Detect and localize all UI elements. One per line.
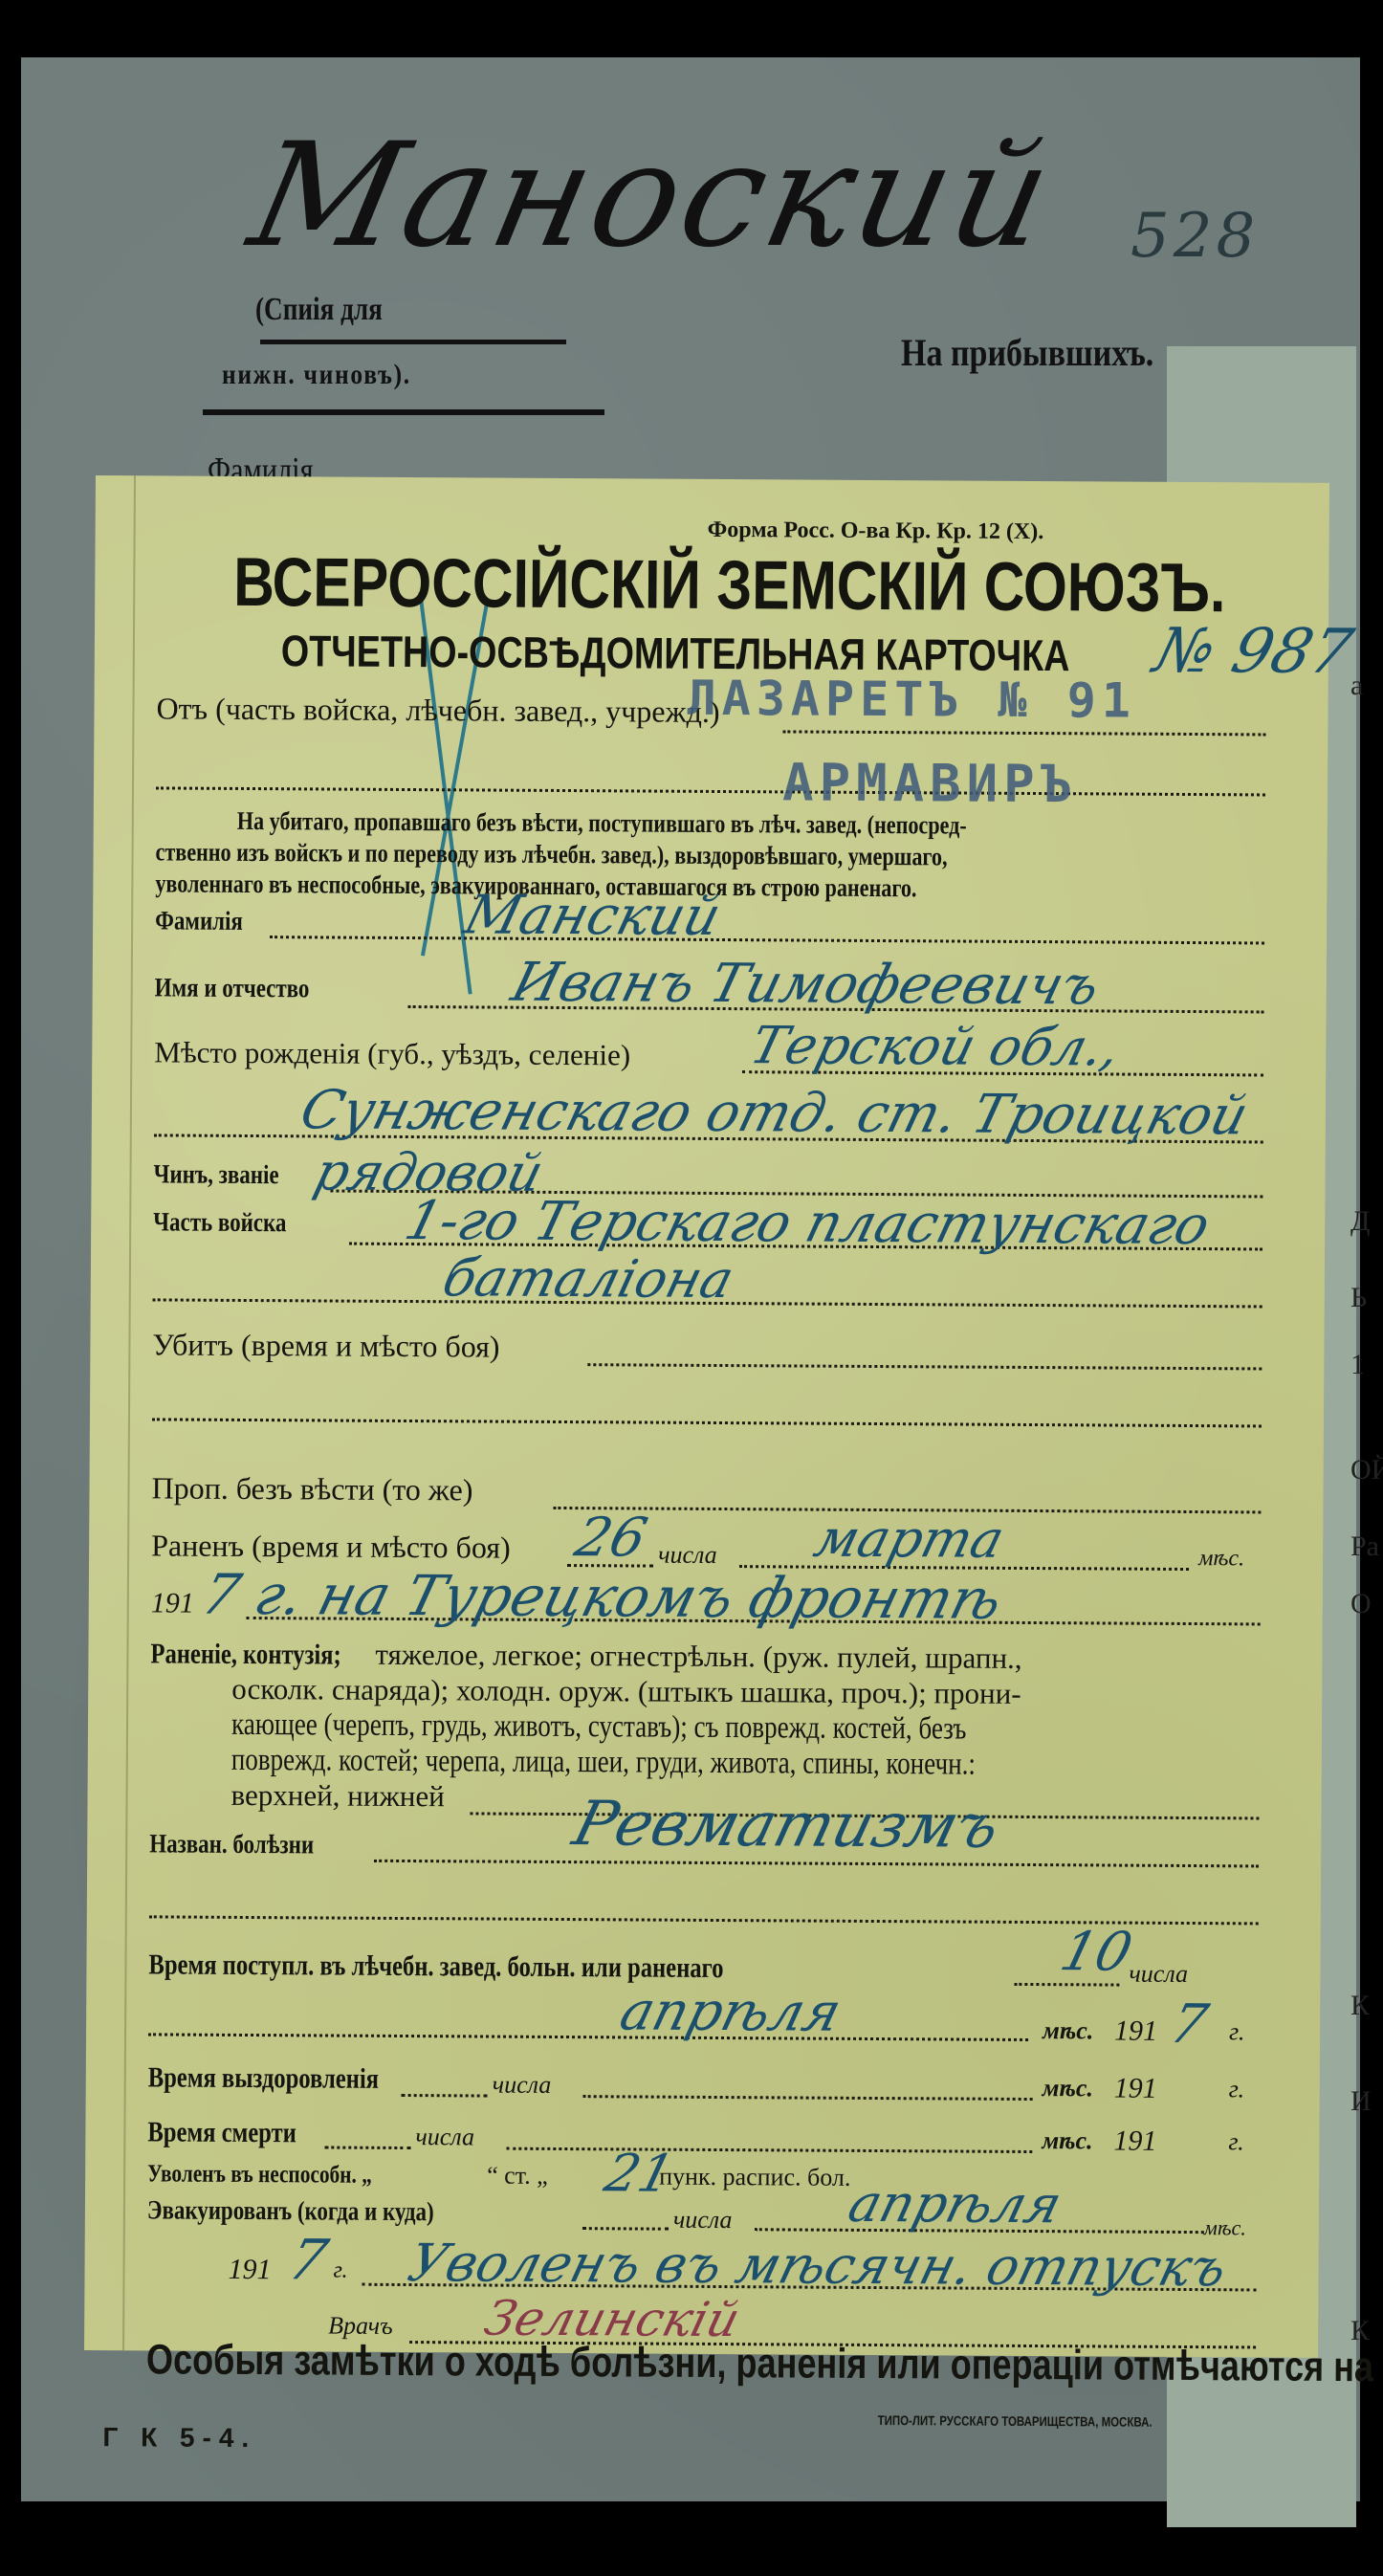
wound-type-text: верхней, нижней xyxy=(230,1778,444,1814)
recovery-year-suffix: г. xyxy=(1229,2075,1244,2103)
recovery-year-prefix: 191 xyxy=(1114,2073,1157,2105)
rank-label: Чинъ, званіе xyxy=(153,1159,278,1191)
footer-note: Особыя замѣтки о ходѣ болѣзни, раненія и… xyxy=(146,2336,1383,2392)
admission-label: Время поступл. въ лѣчебн. завед. больн. … xyxy=(148,1949,723,1985)
list-label-line1: (Спиія для xyxy=(255,292,383,328)
surname-value[interactable]: Манский xyxy=(458,884,727,948)
recovery-day-label: числа xyxy=(493,2071,552,2100)
birthplace-label: Мѣсто рожденія (губ., уѣздъ, селеніе) xyxy=(154,1035,630,1072)
wounded-month-label: мѣс. xyxy=(1198,1546,1244,1572)
wounded-day[interactable]: 26 xyxy=(569,1507,653,1569)
hospital-stamp-line2: АРМАВИРЪ xyxy=(782,752,1077,814)
edge-letter: К xyxy=(1350,2315,1370,2347)
card-number: № 987 xyxy=(1147,616,1359,688)
disease-value[interactable]: Ревматизмъ xyxy=(566,1789,1007,1862)
admission-day-label: числа xyxy=(1129,1960,1188,1989)
wounded-year-prefix: 191 xyxy=(151,1587,194,1619)
death-year-suffix: г. xyxy=(1228,2127,1243,2156)
doctor-label: Врачъ xyxy=(328,2312,393,2341)
arrivals-label: На прибывшихъ. xyxy=(901,330,1153,375)
form-code: Форма Росс. О-ва Кр. Кр. 12 (X). xyxy=(708,517,1044,545)
printer-imprint: ТИПО-ЛИТ. РУССКАГО ТОВАРИЩЕСТВА, МОСКВА. xyxy=(878,2412,1152,2430)
name-value[interactable]: Иванъ Тимофеевичъ xyxy=(505,952,1106,1018)
edge-letter: Ра xyxy=(1350,1530,1379,1563)
discharged-point-label: пунк. распис. бол. xyxy=(659,2163,850,2192)
from-label: Отъ (часть войска, лѣчебн. завед., учреж… xyxy=(156,691,719,730)
evacuated-year[interactable]: 7 xyxy=(282,2227,334,2292)
evacuated-label: Эвакуированъ (когда и куда) xyxy=(147,2195,434,2228)
death-year-prefix: 191 xyxy=(1113,2125,1156,2158)
unit-value-line1[interactable]: 1-го Терскаго пластунскаго xyxy=(399,1190,1216,1257)
admission-day[interactable]: 10 xyxy=(1054,1921,1138,1983)
edge-letter: а xyxy=(1350,670,1363,702)
instructions-line: ственно изъ войскъ и по переводу изъ лѣч… xyxy=(156,837,948,871)
unit-label: Часть войска xyxy=(153,1207,286,1239)
killed-label: Убитъ (время и мѣсто боя) xyxy=(152,1327,499,1364)
death-day-line xyxy=(324,2146,410,2149)
wound-type-text: тяжелое, легкое; огнестрѣльн. (руж. пуле… xyxy=(375,1638,1021,1676)
surname-label: Фамилія xyxy=(155,906,243,937)
wounded-month[interactable]: марта xyxy=(808,1508,1010,1570)
admission-year-suffix: г. xyxy=(1229,2017,1244,2046)
edge-letter: К xyxy=(1350,1990,1370,2022)
recovery-month-label: мѣс. xyxy=(1043,2074,1093,2103)
edge-letter: И xyxy=(1350,2085,1372,2118)
recovery-month-line xyxy=(583,2095,1033,2101)
rule xyxy=(260,340,566,344)
handwritten-number: 528 xyxy=(1131,201,1259,272)
handwritten-surname: Маноский xyxy=(240,124,1065,268)
rule xyxy=(203,409,604,415)
discharged-article-label: “ ст. „ xyxy=(487,2162,548,2191)
evacuated-month[interactable]: апрѣля xyxy=(843,2173,1067,2235)
evacuated-year-prefix: 191 xyxy=(228,2254,271,2286)
disease-label: Назван. болѣзни xyxy=(149,1829,314,1860)
missing-label: Проп. безъ вѣсти (то же) xyxy=(151,1470,472,1508)
evacuated-destination[interactable]: Уволенъ въ мѣсячн. отпускъ xyxy=(403,2233,1234,2298)
admission-year[interactable]: 7 xyxy=(1164,1993,1214,2056)
wound-type-label: Раненіе, контузія; xyxy=(150,1638,340,1671)
birthplace-value-line2[interactable]: Сунженскаго отд. ст. Троицкой xyxy=(295,1079,1255,1147)
killed-line-2 xyxy=(152,1418,1262,1427)
admission-year-prefix: 191 xyxy=(1114,2015,1157,2048)
edge-letter: ОЙ xyxy=(1350,1454,1383,1486)
edge-letter: О xyxy=(1350,1588,1372,1620)
wounded-place[interactable]: 7 г. на Турецкомъ фронтѣ xyxy=(195,1562,1009,1632)
edge-letter: 1 xyxy=(1350,1349,1365,1381)
edge-letter: Д xyxy=(1350,1205,1370,1238)
death-month-line xyxy=(506,2147,1032,2153)
edge-letter: Ь xyxy=(1350,1282,1367,1314)
death-day-label: числа xyxy=(415,2123,474,2151)
name-label: Имя и отчество xyxy=(155,973,310,1004)
wounded-label: Раненъ (время и мѣсто боя) xyxy=(151,1528,511,1565)
wound-type-text: поврежд. костей; черепа, лица, шеи, груд… xyxy=(231,1743,976,1783)
wound-type-text: кающее (черепъ, грудь, животъ, суставъ);… xyxy=(231,1707,967,1748)
evacuated-year-suffix: г. xyxy=(333,2258,347,2284)
report-card: Форма Росс. О-ва Кр. Кр. 12 (X). ВСЕРОСС… xyxy=(84,475,1329,2358)
evacuated-day-line xyxy=(582,2227,669,2231)
death-label: Время смерти xyxy=(147,2116,296,2149)
hospital-stamp-line1: ЛАЗАРЕТЪ № 91 xyxy=(687,671,1136,729)
unit-value-line2[interactable]: баталіона xyxy=(437,1247,740,1310)
list-label-line2: нижн. чиновъ). xyxy=(222,359,411,391)
killed-line xyxy=(587,1363,1262,1370)
death-month-label: мѣс. xyxy=(1042,2126,1092,2155)
recovery-label: Время выздоровленія xyxy=(148,2061,379,2095)
instructions-line: На убитаго, пропавшаго безъ вѣсти, посту… xyxy=(237,806,967,841)
wound-type-text: осколк. снаряда); холодн. оруж. (штыкъ ш… xyxy=(231,1672,1021,1711)
from-line-2 xyxy=(156,786,1265,796)
margin-line xyxy=(122,475,136,2350)
recovery-day-line xyxy=(402,2094,488,2098)
birthplace-value-line1[interactable]: Терской обл., xyxy=(744,1015,1127,1077)
admission-month-line xyxy=(148,2033,1028,2041)
discharged-label: Уволенъ въ неспособн. „ xyxy=(147,2159,372,2189)
admission-month[interactable]: апрѣля xyxy=(614,1980,847,2043)
card-title: ВСЕРОССІЙСКІЙ ЗЕМСКІЙ СОЮЗЪ. xyxy=(233,543,1226,627)
admission-month-label: мѣс. xyxy=(1043,2016,1093,2045)
evacuated-day-label: числа xyxy=(673,2206,733,2235)
from-line xyxy=(782,730,1265,736)
print-code: Г К 5-4. xyxy=(102,2422,256,2454)
